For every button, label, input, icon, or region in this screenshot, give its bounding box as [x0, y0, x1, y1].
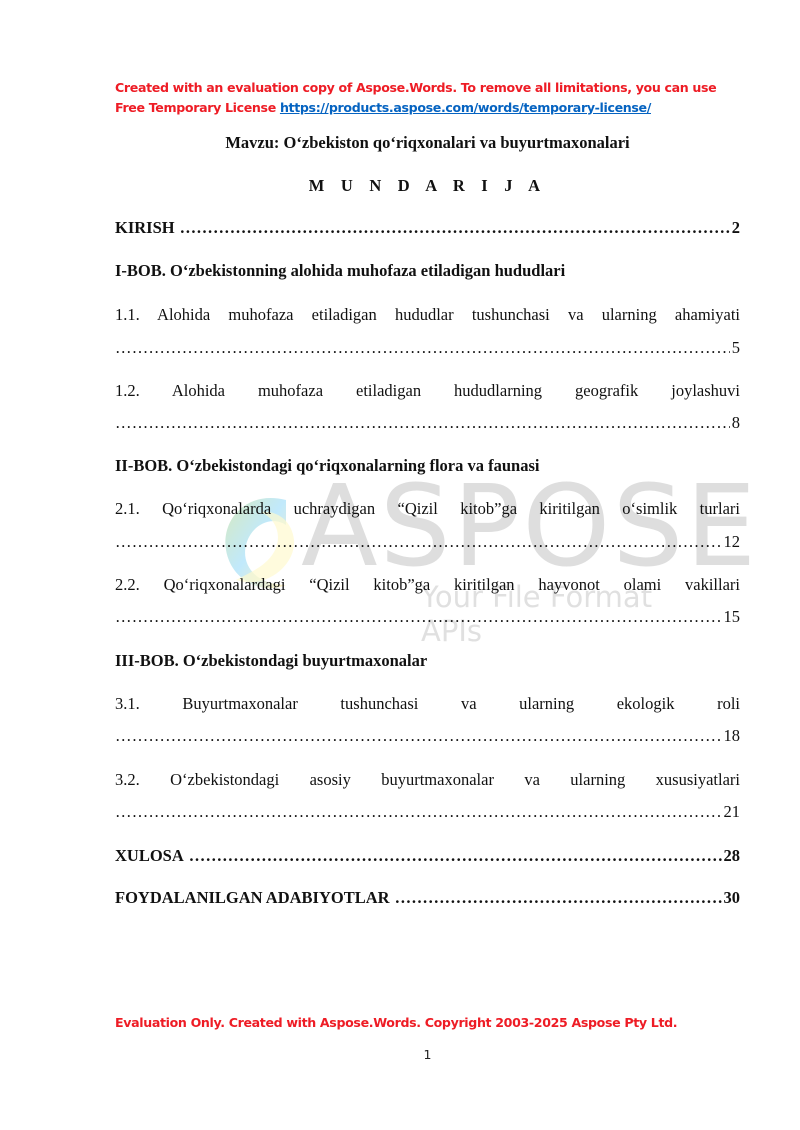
toc-entry-page: 2	[732, 218, 740, 238]
toc-entry-page: 30	[724, 888, 741, 908]
toc-entry-2-2-leader: ……………………………………………………………………………………………………………	[115, 607, 740, 627]
evaluation-notice-line2: Free Temporary License https://products.…	[115, 98, 735, 118]
toc-entry-3-2-leader: ……………………………………………………………………………………………………………	[115, 802, 740, 822]
toc-entry-1-1-leader: ……………………………………………………………………………………………………………	[115, 338, 740, 358]
toc-leader-dots: …………………………………………………………………………………………………………	[189, 846, 722, 866]
toc-leader-dots: …………………………………………………………………………………………………………	[180, 218, 730, 238]
toc-entry-page: 12	[724, 532, 741, 552]
toc-entry-2-2[interactable]: 2.2. Qo‘riqxonalardagi “Qizil kitob”ga k…	[115, 575, 740, 595]
toc-entry-xulosa[interactable]: XULOSA …………………………………………………………………………………………	[115, 846, 740, 866]
toc-entry-label: 1.2. Alohida muhofaza etiladigan hududla…	[115, 381, 740, 400]
toc-leader-dots: ……………………………………………………………………………………………………………	[115, 607, 722, 627]
toc-entry-page: 15	[724, 607, 741, 627]
toc-entry-label: 2.1. Qo‘riqxonalarda uchraydigan “Qizil …	[115, 499, 740, 518]
toc-leader-dots: ……………………………………………………………………………………………………………	[115, 802, 722, 822]
toc-entry-page: 18	[724, 726, 741, 746]
toc-entry-references[interactable]: FOYDALANILGAN ADABIYOTLAR ………………………………………	[115, 888, 740, 908]
toc-entry-2-1[interactable]: 2.1. Qo‘riqxonalarda uchraydigan “Qizil …	[115, 499, 740, 519]
toc-entry-page: 5	[732, 338, 740, 358]
toc-chapter-title: III-BOB. O‘zbekistondagi buyurtmaxonalar	[115, 651, 427, 671]
toc-leader-dots: ……………………………………………………………………………………………………………	[115, 413, 730, 433]
toc-chapter-title: I-BOB. O‘zbekistonning alohida muhofaza …	[115, 261, 565, 281]
toc-entry-label: 3.2. O‘zbekistondagi asosiy buyurtmaxona…	[115, 770, 740, 789]
temporary-license-link[interactable]: https://products.aspose.com/words/tempor…	[280, 100, 651, 115]
toc-entry-label: FOYDALANILGAN ADABIYOTLAR	[115, 888, 390, 908]
page-number: 1	[0, 1047, 800, 1062]
toc-entry-1-2-leader: ……………………………………………………………………………………………………………	[115, 413, 740, 433]
toc-leader-dots: …………………………………………………………………………………………………………	[395, 888, 722, 908]
toc-chapter-1[interactable]: I-BOB. O‘zbekistonning alohida muhofaza …	[115, 261, 740, 281]
toc-entry-1-1[interactable]: 1.1. Alohida muhofaza etiladigan hududla…	[115, 305, 740, 325]
toc-entry-page: 8	[732, 413, 740, 433]
toc-entry-label: 3.1. Buyurtmaxonalar tushunchasi va ular…	[115, 694, 740, 713]
toc-entry-label: KIRISH	[115, 218, 175, 238]
toc-entry-label: 1.1. Alohida muhofaza etiladigan hududla…	[115, 305, 740, 324]
toc-entry-2-1-leader: ……………………………………………………………………………………………………………	[115, 532, 740, 552]
toc-entry-3-1-leader: ……………………………………………………………………………………………………………	[115, 726, 740, 746]
toc-chapter-title: II-BOB. O‘zbekistondagi qo‘riqxonalarnin…	[115, 456, 539, 476]
toc-leader-dots: ……………………………………………………………………………………………………………	[115, 338, 730, 358]
toc-entry-1-2[interactable]: 1.2. Alohida muhofaza etiladigan hududla…	[115, 381, 740, 401]
toc-entry-label: XULOSA	[115, 846, 184, 866]
toc-entry-label: 2.2. Qo‘riqxonalardagi “Qizil kitob”ga k…	[115, 575, 740, 594]
toc-entry-3-2[interactable]: 3.2. O‘zbekistondagi asosiy buyurtmaxona…	[115, 770, 740, 790]
document-page: Created with an evaluation copy of Aspos…	[0, 0, 800, 1130]
document-title: Mavzu: O‘zbekiston qo‘riqxonalari va buy…	[0, 133, 800, 153]
toc-chapter-2[interactable]: II-BOB. O‘zbekistondagi qo‘riqxonalarnin…	[115, 456, 740, 476]
license-prefix: Free Temporary License	[115, 100, 280, 115]
toc-chapter-3[interactable]: III-BOB. O‘zbekistondagi buyurtmaxonalar	[115, 651, 740, 671]
evaluation-notice-line1: Created with an evaluation copy of Aspos…	[115, 78, 735, 98]
toc-entry-3-1[interactable]: 3.1. Buyurtmaxonalar tushunchasi va ular…	[115, 694, 740, 714]
toc-entry-page: 21	[724, 802, 741, 822]
toc-entry-page: 28	[724, 846, 741, 866]
toc-leader-dots: ……………………………………………………………………………………………………………	[115, 532, 722, 552]
toc-heading: M U N D A R I J A	[0, 176, 800, 196]
watermark-text: ASPOSE	[301, 462, 758, 592]
toc-leader-dots: ……………………………………………………………………………………………………………	[115, 726, 722, 746]
evaluation-footer: Evaluation Only. Created with Aspose.Wor…	[115, 1015, 755, 1030]
evaluation-notice: Created with an evaluation copy of Aspos…	[115, 78, 735, 118]
toc-entry-kirish[interactable]: KIRISH …………………………………………………………………………………………	[115, 218, 740, 238]
